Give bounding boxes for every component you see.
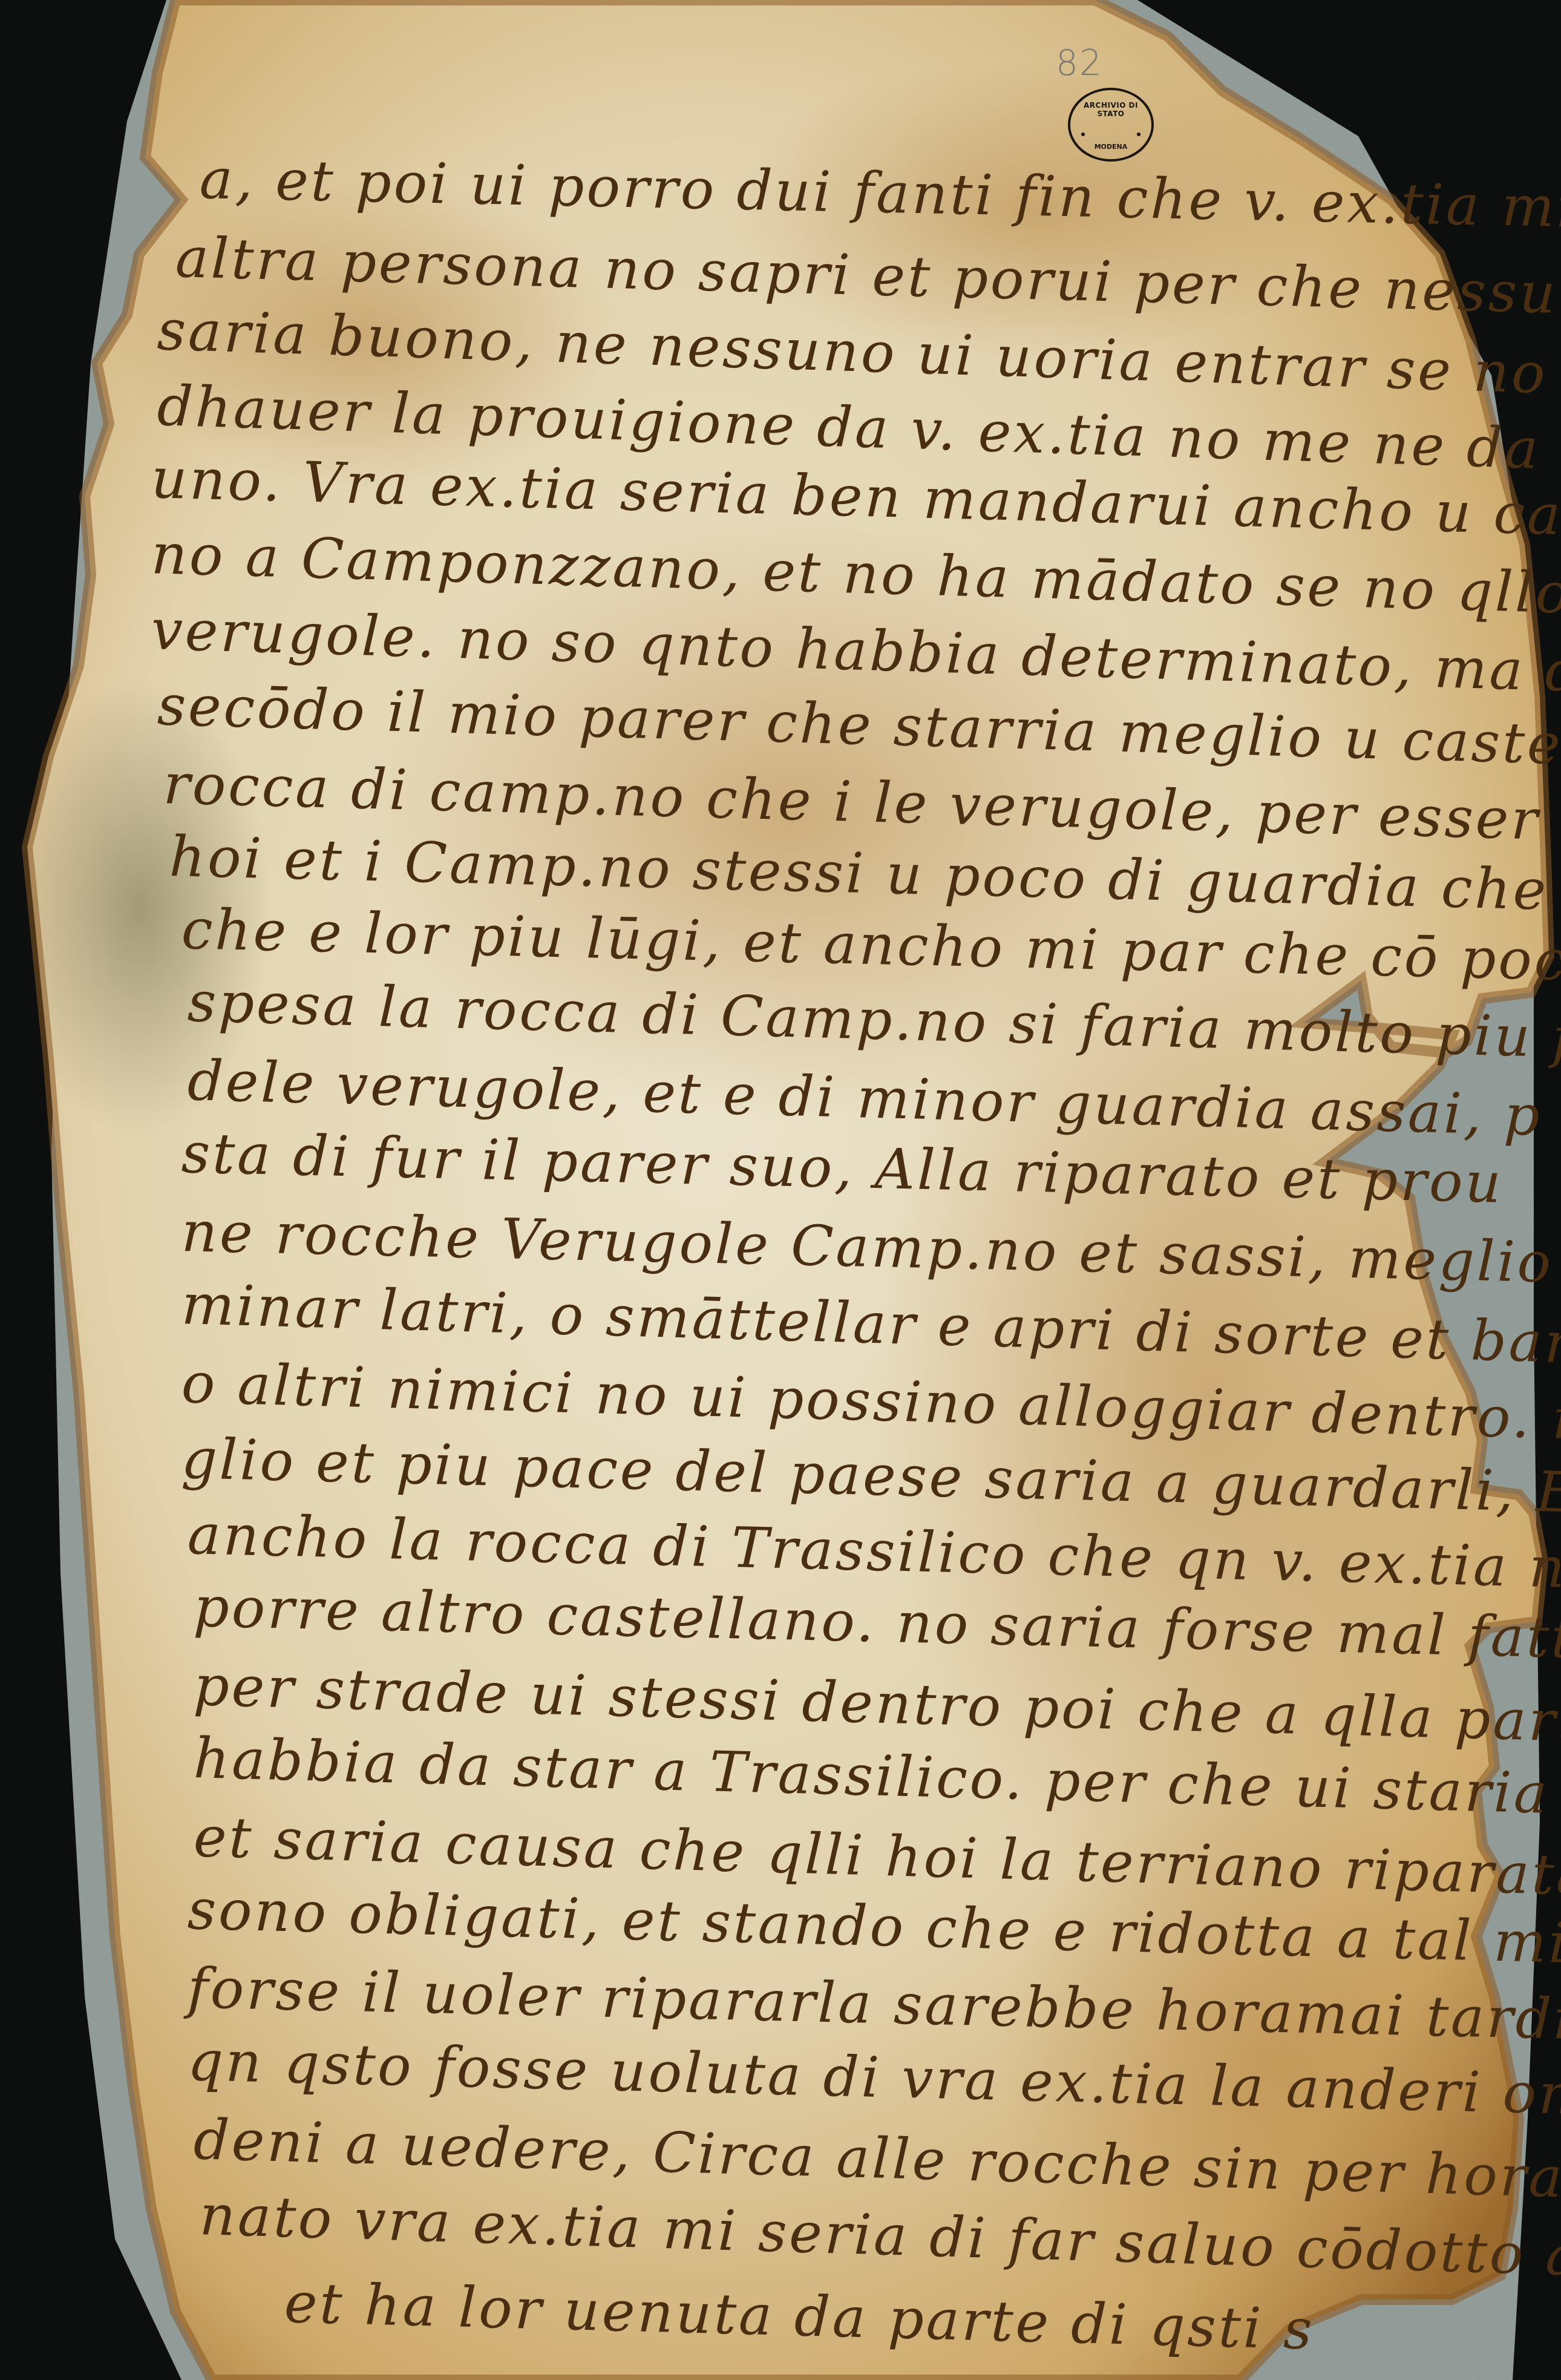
- stamp-bottom-text: MODENA: [1070, 143, 1151, 151]
- stamp-dot-icon: [1081, 133, 1085, 136]
- folio-number: 82: [1056, 42, 1103, 84]
- archivio-di-stato-stamp: ARCHIVIO DI STATO MODENA: [1068, 88, 1154, 162]
- stamp-dot-icon: [1137, 133, 1140, 136]
- stamp-top-text: ARCHIVIO DI STATO: [1070, 101, 1151, 118]
